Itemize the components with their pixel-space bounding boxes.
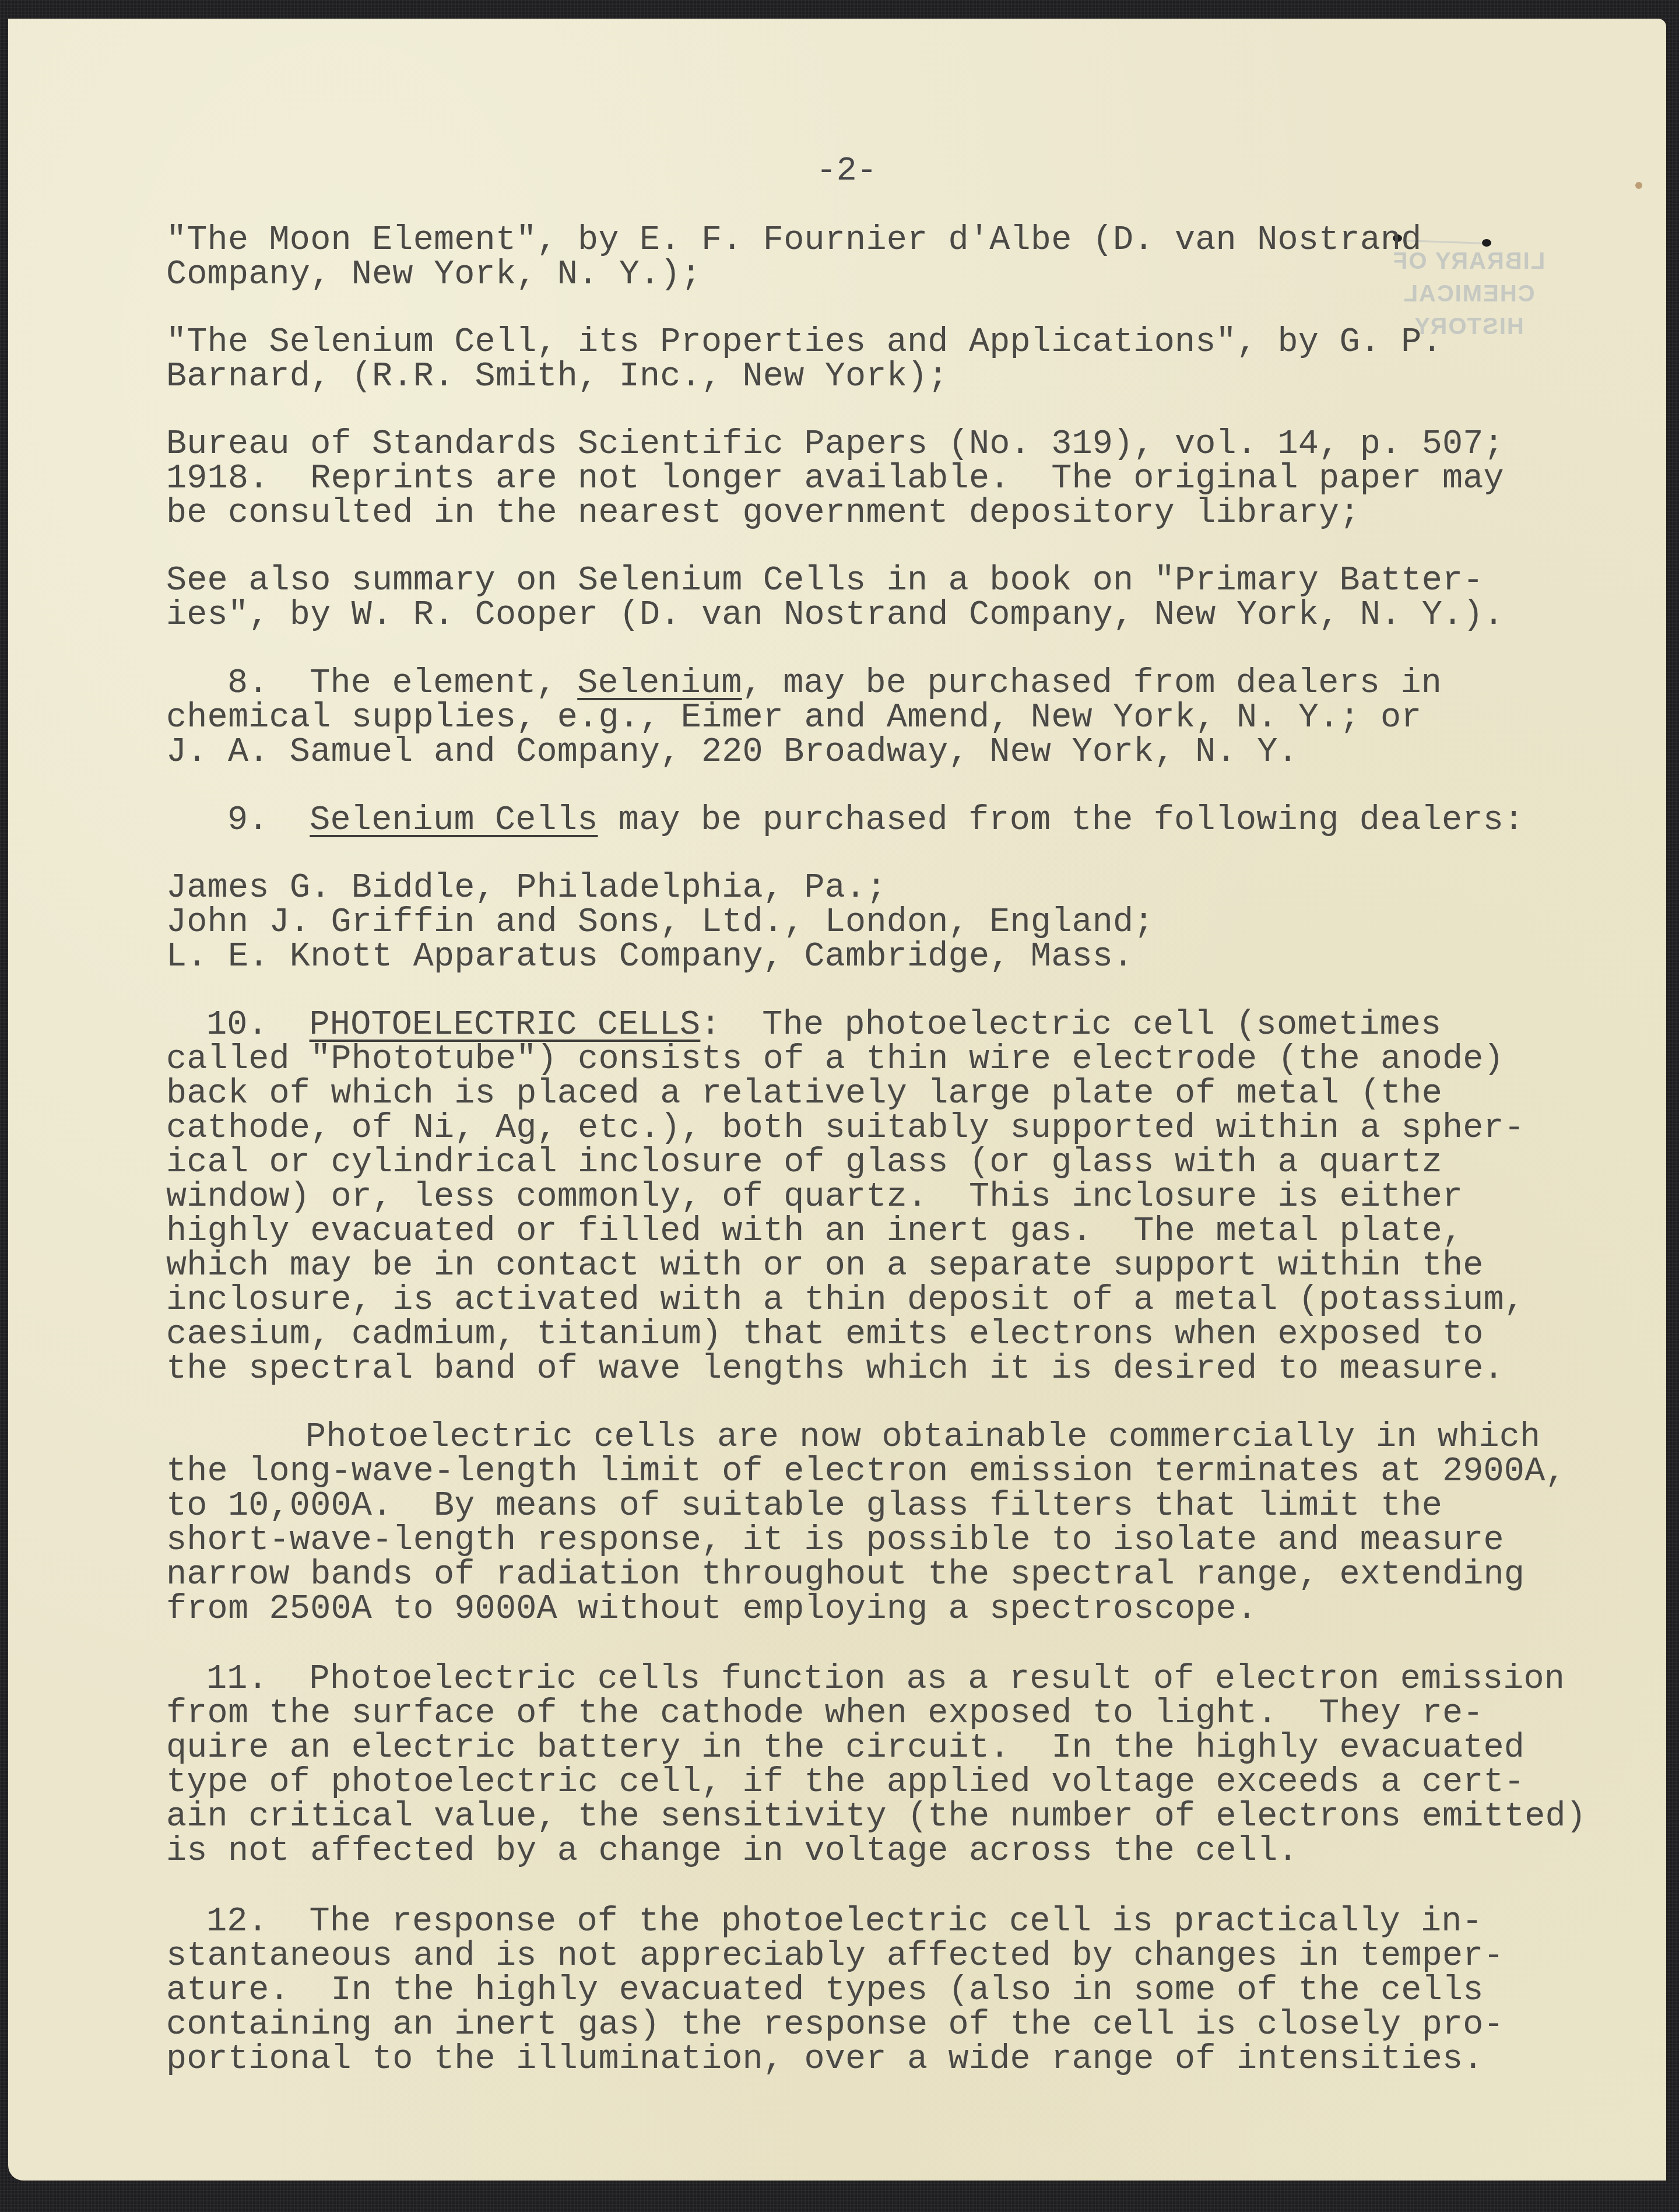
text-line: the long-wave-length limit of electron e… <box>166 1454 1566 1488</box>
text-line: 10. PHOTOELECTRIC CELLS: The photoelectr… <box>206 1007 1441 1042</box>
text-line: Bureau of Standards Scientific Papers (N… <box>166 427 1504 461</box>
text-line: the spectral band of wave lengths which … <box>166 1351 1504 1386</box>
text-line: cathode, of Ni, Ag, etc.), both suitably… <box>166 1111 1525 1145</box>
text-line: 9. Selenium Cells may be purchased from … <box>227 803 1524 837</box>
text-line: ain critical value, the sensitivity (the… <box>166 1799 1586 1834</box>
text-line: "The Moon Element", by E. F. Fournier d'… <box>166 223 1422 257</box>
text-line: called "Phototube") consists of a thin w… <box>166 1042 1504 1076</box>
text-line: inclosure, is activated with a thin depo… <box>166 1283 1525 1317</box>
paragraph-number: 8. <box>227 663 269 703</box>
text-line: stantaneous and is not appreciably affec… <box>166 1939 1504 1973</box>
text-line: ature. In the highly evacuated types (al… <box>166 1973 1484 2007</box>
text-line: to 10,000A. By means of suitable glass f… <box>166 1488 1442 1523</box>
text-line: ical or cylindrical inclosure of glass (… <box>166 1145 1442 1179</box>
paragraph-number: 10. <box>206 1005 268 1044</box>
document-page: -2- LIBRARY OF CHEMICAL HISTORY "The Moo… <box>8 19 1666 2181</box>
text-line: short-wave-length response, it is possib… <box>166 1523 1504 1557</box>
text-line: type of photoelectric cell, if the appli… <box>166 1765 1525 1799</box>
list-item: L. E. Knott Apparatus Company, Cambridge… <box>166 939 1133 974</box>
text-line: 1918. Reprints are not longer available.… <box>166 461 1504 496</box>
underlined-term-selenium-cells: Selenium Cells <box>310 800 598 840</box>
text-line: portional to the illumination, over a wi… <box>166 2042 1484 2076</box>
text-line: back of which is placed a relatively lar… <box>166 1076 1442 1111</box>
text-line: narrow bands of radiation throughout the… <box>166 1557 1525 1592</box>
text-line: containing an inert gas) the response of… <box>166 2007 1504 2042</box>
underlined-term-selenium: Selenium <box>577 663 742 703</box>
paragraph-number: 9. <box>227 800 269 840</box>
list-item: James G. Biddle, Philadelphia, Pa.; <box>166 870 887 905</box>
text-line: from the surface of the cathode when exp… <box>166 1696 1484 1730</box>
text-line: 8. The element, Selenium, may be purchas… <box>227 666 1442 700</box>
staple-hole-icon <box>1482 239 1491 247</box>
page-number: -2- <box>816 154 877 188</box>
text-line: J. A. Samuel and Company, 220 Broadway, … <box>166 735 1298 769</box>
text-line: quire an electric battery in the circuit… <box>166 1730 1525 1765</box>
text-line: Company, New York, N. Y.); <box>166 257 701 292</box>
text-line: Barnard, (R.R. Smith, Inc., New York); <box>166 359 949 394</box>
section-heading: PHOTOELECTRIC CELLS <box>310 1005 701 1044</box>
text-line: highly evacuated or filled with an inert… <box>166 1214 1463 1248</box>
text-line: which may be in contact with or on a sep… <box>166 1248 1484 1283</box>
text-line: 12. The response of the photoelectric ce… <box>206 1904 1483 1939</box>
text-line: caesium, cadmium, titanium) that emits e… <box>166 1317 1484 1351</box>
text-line: See also summary on Selenium Cells in a … <box>166 563 1484 598</box>
text-line: ies", by W. R. Cooper (D. van Nostrand C… <box>166 598 1504 632</box>
text-line: is not affected by a change in voltage a… <box>166 1834 1298 1868</box>
text-line: be consulted in the nearest government d… <box>166 496 1360 530</box>
list-item: John J. Griffin and Sons, Ltd., London, … <box>166 905 1154 939</box>
text-line: "The Selenium Cell, its Properties and A… <box>166 325 1442 359</box>
text-line: chemical supplies, e.g., Eimer and Amend… <box>166 700 1422 735</box>
text-line: window) or, less commonly, of quartz. Th… <box>166 1179 1463 1214</box>
text-line: from 2500A to 9000A without employing a … <box>166 1592 1257 1626</box>
foxing-spot <box>1635 182 1642 189</box>
text-line: 11. Photoelectric cells function as a re… <box>206 1662 1565 1696</box>
text-line: Photoelectric cells are now obtainable c… <box>305 1420 1540 1454</box>
